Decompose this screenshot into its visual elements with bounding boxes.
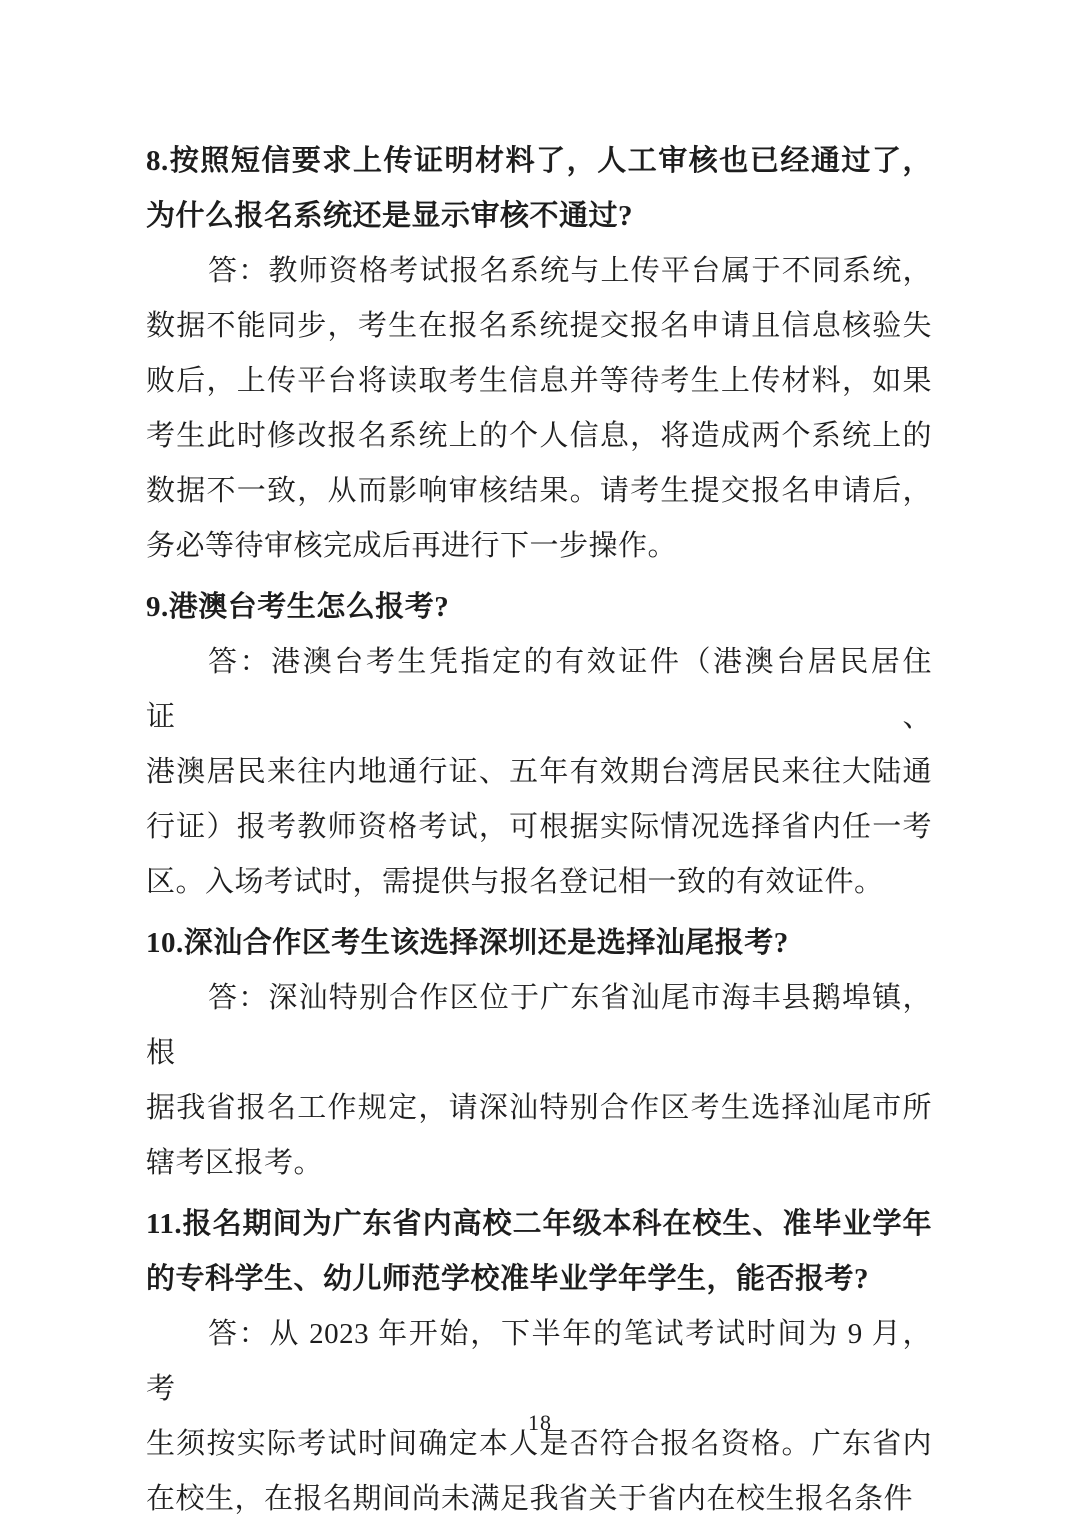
document-page: 8.按照短信要求上传证明材料了，人工审核也已经通过了，为什么报名系统还是显示审核… <box>0 0 1080 1527</box>
question-line: 8.按照短信要求上传证明材料了，人工审核也已经通过了， <box>146 134 932 189</box>
question-9: 9.港澳台考生怎么报考? <box>146 580 932 635</box>
answer-line: 败后，上传平台将读取考生信息并等待考生上传材料，如果 <box>146 354 932 409</box>
page-footer: 18 <box>0 1410 1080 1436</box>
answer-line: 港澳居民来往内地通行证、五年有效期台湾居民来往大陆通 <box>146 745 932 800</box>
question-8: 8.按照短信要求上传证明材料了，人工审核也已经通过了，为什么报名系统还是显示审核… <box>146 134 932 244</box>
answer-line: 答：港澳台考生凭指定的有效证件（港澳台居民居住证、 <box>146 635 932 745</box>
answer-line: 答：从 2023 年开始，下半年的笔试考试时间为 9 月，考 <box>146 1307 932 1417</box>
question-line: 9.港澳台考生怎么报考? <box>146 580 932 635</box>
answer-8: 答：教师资格考试报名系统与上传平台属于不同系统，数据不能同步，考生在报名系统提交… <box>146 244 932 574</box>
question-10: 10.深汕合作区考生该选择深圳还是选择汕尾报考? <box>146 916 932 971</box>
answer-line: 数据不一致，从而影响审核结果。请考生提交报名申请后， <box>146 464 932 519</box>
answer-9: 答：港澳台考生凭指定的有效证件（港澳台居民居住证、港澳居民来往内地通行证、五年有… <box>146 635 932 910</box>
question-line: 为什么报名系统还是显示审核不通过? <box>146 189 932 244</box>
page-number: 18 <box>528 1410 552 1435</box>
question-line: 11.报名期间为广东省内高校二年级本科在校生、准毕业学年 <box>146 1197 932 1252</box>
answer-line: 答：教师资格考试报名系统与上传平台属于不同系统， <box>146 244 932 299</box>
answer-line: 答：深汕特别合作区位于广东省汕尾市海丰县鹅埠镇，根 <box>146 971 932 1081</box>
document-content: 8.按照短信要求上传证明材料了，人工审核也已经通过了，为什么报名系统还是显示审核… <box>146 134 932 1527</box>
answer-line: 行证）报考教师资格考试，可根据实际情况选择省内任一考 <box>146 800 932 855</box>
answer-line: 务必等待审核完成后再进行下一步操作。 <box>146 519 932 574</box>
answer-line: 考生此时修改报名系统上的个人信息，将造成两个系统上的 <box>146 409 932 464</box>
answer-line: 据我省报名工作规定，请深汕特别合作区考生选择汕尾市所 <box>146 1081 932 1136</box>
question-line: 10.深汕合作区考生该选择深圳还是选择汕尾报考? <box>146 916 932 971</box>
answer-line: 辖考区报考。 <box>146 1136 932 1191</box>
question-11: 11.报名期间为广东省内高校二年级本科在校生、准毕业学年的专科学生、幼儿师范学校… <box>146 1197 932 1307</box>
question-line: 的专科学生、幼儿师范学校准毕业学年学生，能否报考? <box>146 1252 932 1307</box>
answer-line: 在校生，在报名期间尚未满足我省关于省内在校生报名条件 <box>146 1472 932 1527</box>
answer-line: 区。入场考试时，需提供与报名登记相一致的有效证件。 <box>146 855 932 910</box>
answer-line: 数据不能同步，考生在报名系统提交报名申请且信息核验失 <box>146 299 932 354</box>
answer-10: 答：深汕特别合作区位于广东省汕尾市海丰县鹅埠镇，根据我省报名工作规定，请深汕特别… <box>146 971 932 1191</box>
